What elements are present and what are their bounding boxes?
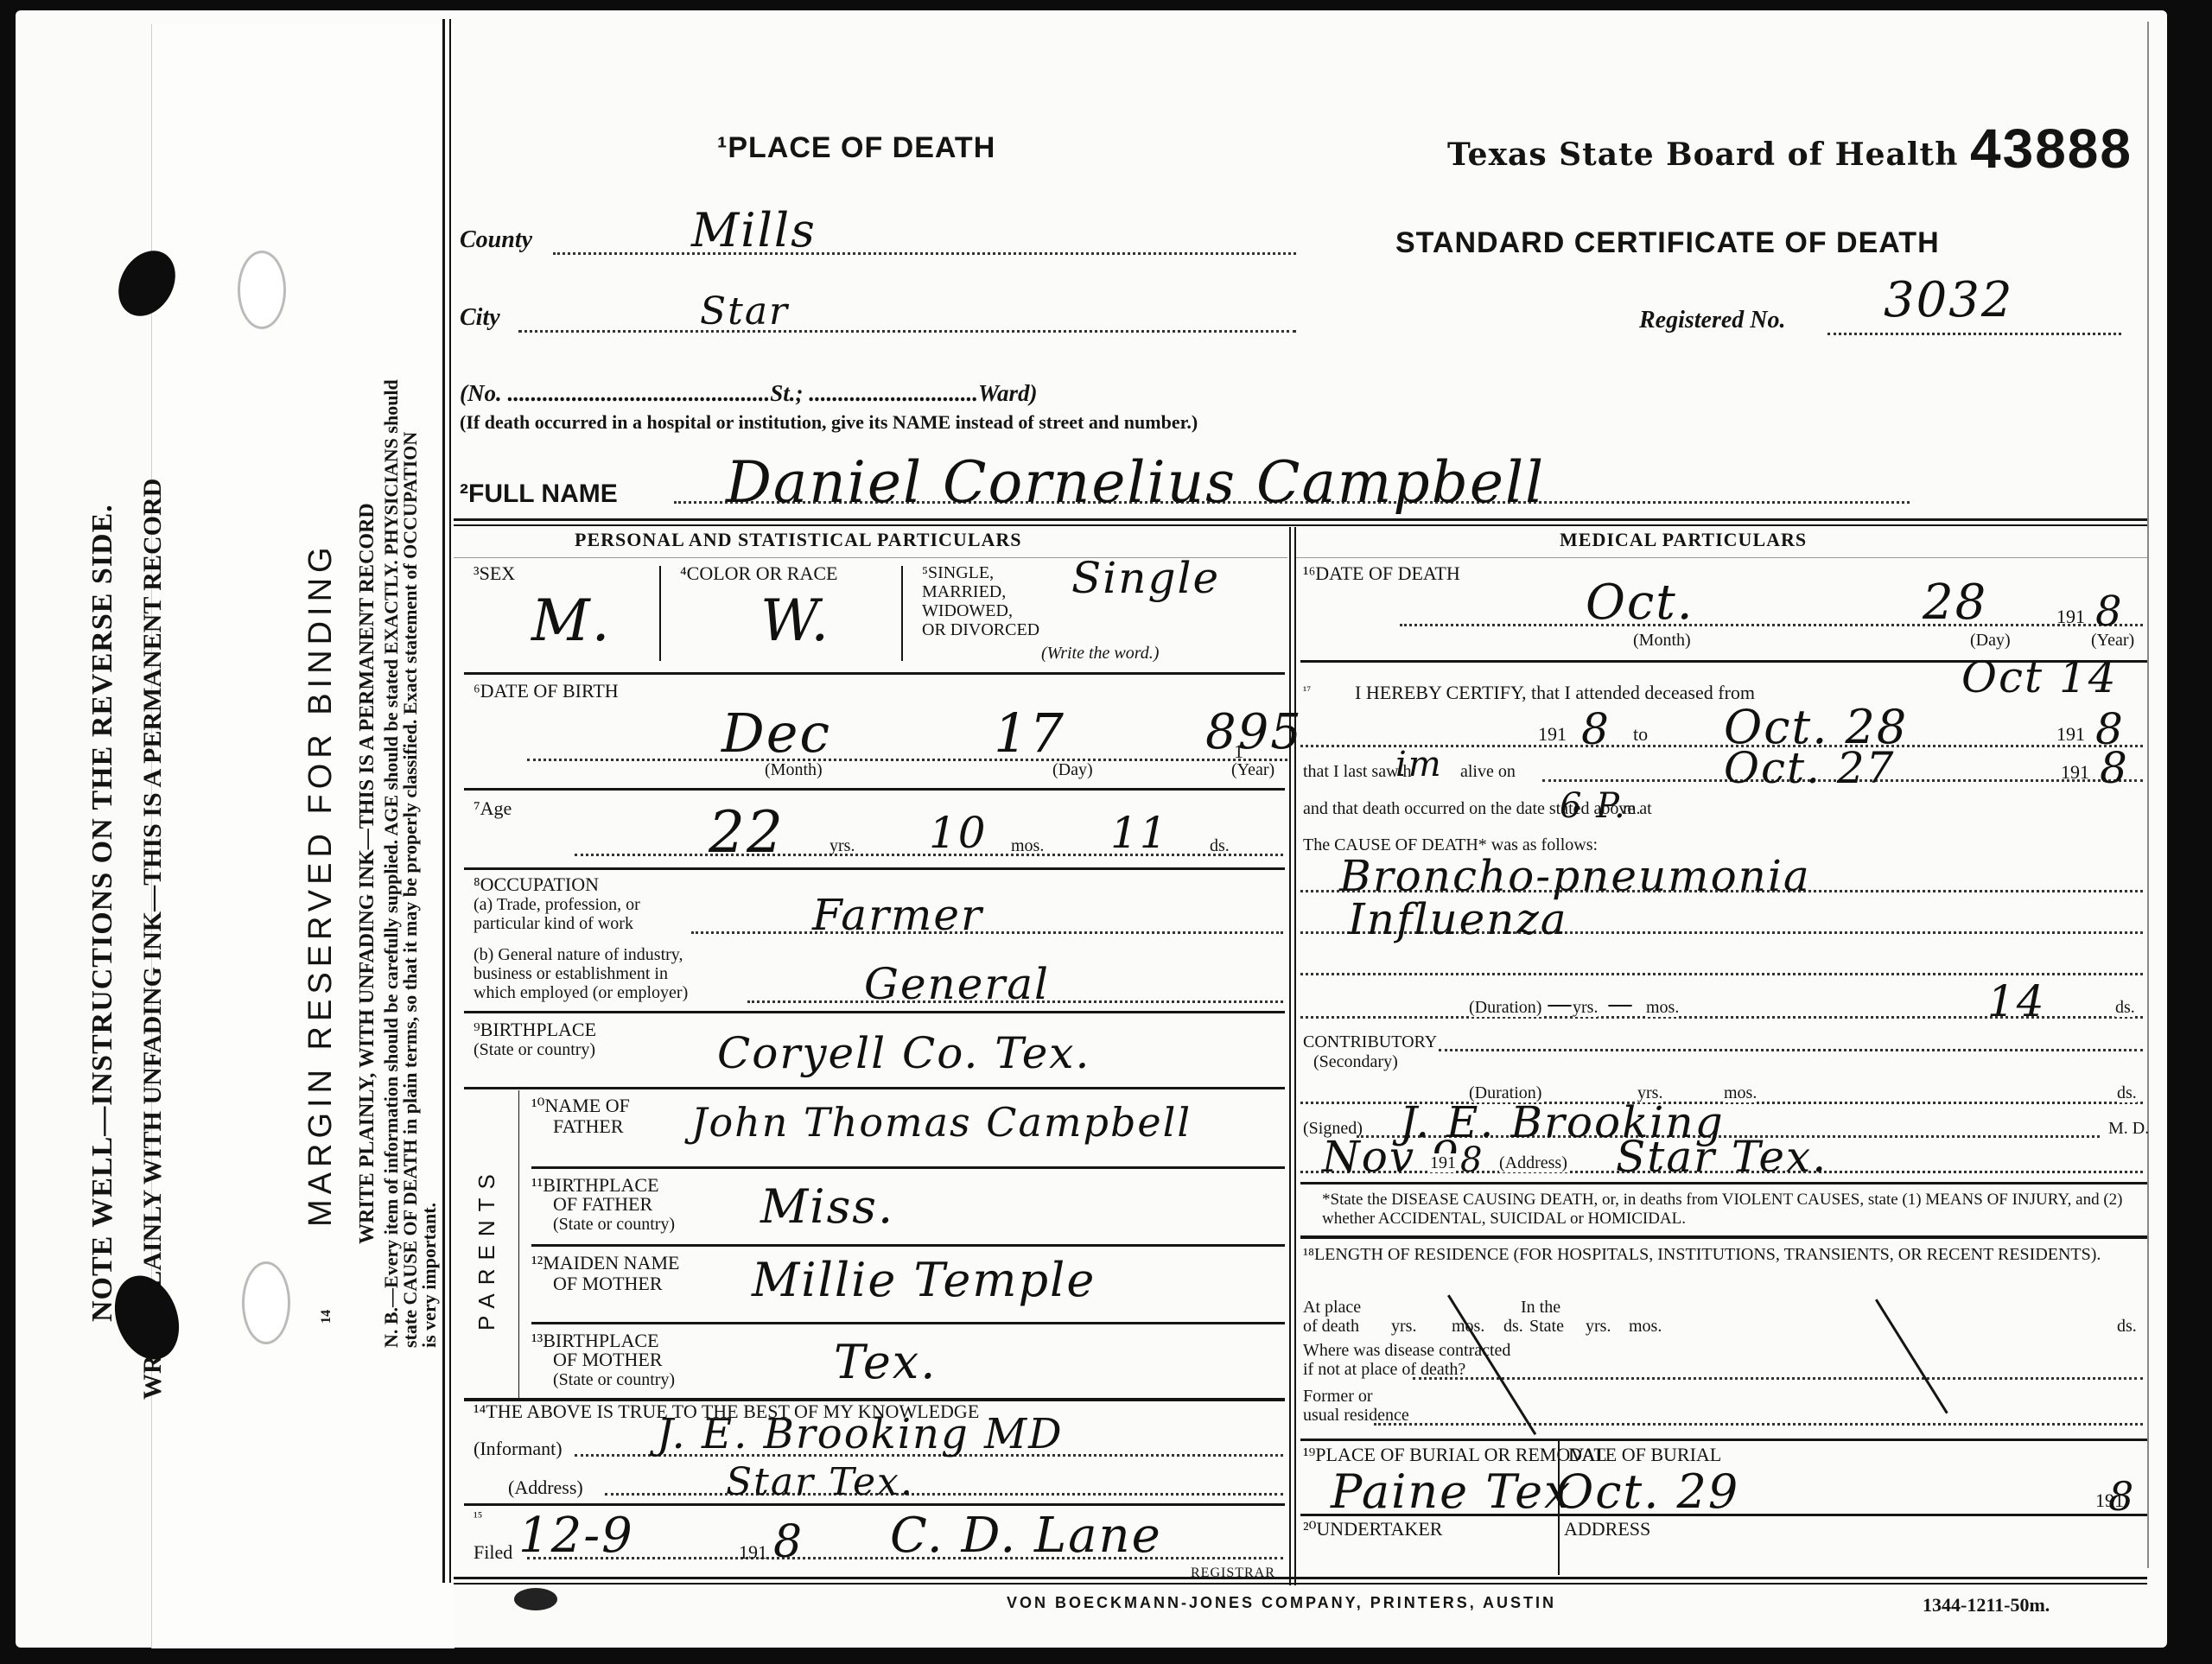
occupation-b-3: which employed (or employer) [474,983,688,1002]
duration-yrs: — [1547,989,1574,1019]
column-divider-2 [1294,527,1296,1585]
birthplace-value: Coryell Co. Tex. [717,1028,1090,1078]
board-name: Texas State Board of Health [1447,137,1958,173]
filed-date: 12-9 [518,1508,634,1564]
union-label-icon [514,1588,557,1610]
registered-no-label: Registered No. [1639,307,1786,334]
signed-year: 8 [1460,1140,1484,1180]
burial-place-value: Paine Tex [1331,1464,1573,1519]
former-residence-line [1374,1423,2143,1426]
duration-ds-unit: ds. [2115,998,2135,1017]
county-value: Mills [691,203,817,257]
dod-year-prefix: 191 [2056,607,2085,627]
at-place-label-1: At place [1303,1298,1361,1317]
section-divider [454,518,2147,526]
dod-year: 8 [2095,587,2124,636]
in-state-label-2: State [1529,1317,1564,1336]
burial-date-label: DATE OF BURIAL [1568,1445,1721,1465]
sex-label: ³SEX [474,563,515,584]
father-name-label-1: ¹⁰NAME OF [531,1096,630,1116]
dod-month-caption: (Month) [1633,631,1691,650]
dob-year: 895 [1205,704,1303,760]
father-birthplace-2: OF FATHER [553,1194,652,1215]
mother-name-label-2: OF MOTHER [553,1273,663,1294]
burial-place-label: ¹⁹PLACE OF BURIAL OR REMOVAL [1303,1445,1607,1465]
dod-day-caption: (Day) [1970,631,2011,650]
city-line [518,330,1296,333]
occupation-label: ⁸OCCUPATION [474,874,599,895]
attended-from: Oct 14 [1961,652,2118,702]
filed-year-prefix: 191 [739,1542,767,1563]
certify-text: I HEREBY CERTIFY, that I attended deceas… [1355,683,1755,703]
attended-from-year-prefix: 191 [1538,724,1567,745]
dob-year-caption: (Year) [1231,760,1274,779]
printer-credit: VON BOECKMANN-JONES COMPANY, PRINTERS, A… [1007,1594,1556,1612]
registered-no-value: 3032 [1884,272,2014,328]
alive-on-text: alive on [1460,762,1516,781]
cause-line-3 [1300,973,2143,975]
signed-address-value: Star Tex. [1616,1132,1827,1182]
occupation-b-2: business or establishment in [474,964,668,983]
marital-value: Single [1071,553,1220,603]
age-days: 11 [1110,808,1169,858]
father-birthplace-3: (State or country) [553,1215,675,1234]
age-ds-unit: ds. [1210,836,1230,855]
filed-num: ¹⁵ [474,1508,482,1527]
father-name-value: John Thomas Campbell [691,1099,1192,1146]
informant-address-line [605,1493,1283,1496]
duration-mos-unit: mos. [1646,998,1679,1017]
county-line [553,252,1296,255]
occupation-a-line [691,931,1283,934]
write-plainly-2-text: WRITE PLAINLY, WITH UNFADING INK—THIS IS… [356,503,379,1244]
full-name-value: Daniel Cornelius Campbell [726,449,1545,516]
informant-address-value: Star Tex. [726,1460,914,1504]
last-saw-year-prefix: 191 [2061,762,2089,783]
at-place-label-2: of death [1303,1317,1359,1336]
father-name-label-2: FATHER [553,1116,624,1137]
occupation-a-value: Farmer [812,890,983,940]
form-border-right [2147,22,2149,1568]
punch-hole-bottom [242,1261,290,1344]
dob-label: ⁶DATE OF BIRTH [474,681,619,702]
registered-no-line [1827,333,2121,335]
last-saw-date: Oct. 27 [1724,743,1896,793]
street-line: (No. ...................................… [460,380,1038,407]
contracted-label-2: if not at place of death? [1303,1360,1465,1379]
informant-label: (Informant) [474,1439,563,1459]
marital-label-4: OR DIVORCED [922,620,1039,639]
dod-line [1400,624,2143,626]
form-number: 1344-1211-50m. [1923,1594,2050,1616]
cause-line-2-value: Influenza [1348,894,1568,944]
filed-label: Filed [474,1542,512,1563]
personal-section-title: PERSONAL AND STATISTICAL PARTICULARS [575,529,1022,551]
duration-days: 14 [1987,976,2046,1026]
undertaker-label: ²⁰UNDERTAKER [1303,1519,1442,1540]
attended-to-year-prefix: 191 [2056,724,2085,745]
punch-hole-top [238,251,286,329]
birthplace-label: ⁹BIRTHPLACE [474,1019,596,1040]
attended-from-year: 8 [1581,704,1611,754]
city-label: City [460,304,500,332]
mother-birthplace-2: OF MOTHER [553,1350,663,1370]
former-residence-2: usual residence [1303,1406,1409,1425]
full-name-label: ²FULL NAME [460,480,618,509]
contributory-line [1439,1049,2143,1051]
in-state-label-1: In the [1521,1298,1560,1317]
dob-day: 17 [994,702,1065,765]
occupation-b-1: (b) General nature of industry, [474,945,683,964]
mother-name-value: Millie Temple [752,1253,1096,1307]
last-saw-pronoun: im [1395,745,1443,784]
md-label: M. D. [2108,1119,2149,1138]
certificate-number: 43888 [1970,117,2133,181]
signed-address-label: (Address) [1499,1153,1567,1172]
marital-label-1: ⁵SINGLE, [922,563,994,582]
registrar-signature: C. D. Lane [890,1508,1162,1564]
dob-month: Dec [721,702,831,765]
former-residence-1: Former or [1303,1387,1373,1406]
nb-line-3: is very important. [418,1203,441,1348]
birthplace-sub: (State or country) [474,1040,595,1059]
county-label: County [460,226,532,254]
hospital-note: (If death occurred in a hospital or inst… [460,411,1198,434]
duration-label: (Duration) [1469,998,1541,1017]
parents-label: PARENTS [474,1165,500,1331]
city-value: Star [700,289,789,333]
dod-day: 28 [1923,575,1987,631]
age-years: 22 [709,799,785,866]
dod-year-caption: (Year) [2091,631,2134,650]
race-label: ⁴COLOR OR RACE [680,563,837,584]
note-well-text: NOTE WELL—INSTRUCTIONS ON THE REVERSE SI… [86,504,119,1322]
dob-line [527,759,1287,761]
age-mos-unit: mos. [1011,836,1044,855]
duration-mos: — [1607,989,1635,1019]
certify-num: ¹⁷ [1303,683,1311,702]
death-time-value: 6 P. [1560,786,1627,826]
dod-month: Oct. [1586,575,1694,631]
at-place-yrs: yrs. [1391,1317,1416,1336]
column-divider [1289,527,1291,1585]
to-label: to [1633,724,1648,745]
dod-label: ¹⁶DATE OF DEATH [1303,563,1460,584]
marital-label-3: WIDOWED, [922,601,1013,620]
in-state-mos: mos. [1629,1317,1662,1336]
race-value: W. [760,587,830,654]
last-saw-year: 8 [2100,743,2129,793]
signed-year-prefix: 191 [1430,1153,1456,1172]
place-of-death-title: ¹PLACE OF DEATH [717,131,995,165]
at-place-ds: ds. [1503,1317,1523,1336]
residence-label: ¹⁸LENGTH OF RESIDENCE (FOR HOSPITALS, IN… [1303,1244,2145,1265]
dob-day-caption: (Day) [1052,760,1093,779]
form-border-left [442,19,445,1583]
duration-yrs-unit: yrs. [1573,998,1598,1017]
write-plainly-top-text: WRITE PLAINLY WITH UNFADING INK—THIS IS … [138,479,168,1400]
certificate-title: STANDARD CERTIFICATE OF DEATH [1395,226,1940,260]
marital-label-2: MARRIED, [922,582,1006,601]
dob-month-caption: (Month) [765,760,823,779]
age-months: 10 [929,808,988,858]
contributory-mos-unit: mos. [1724,1083,1757,1102]
age-yrs-unit: yrs. [829,836,855,855]
filed-year: 8 [773,1516,804,1568]
cause-footnote: *State the DISEASE CAUSING DEATH, or, in… [1322,1191,2143,1229]
in-state-yrs: yrs. [1586,1317,1611,1336]
sex-value: M. [531,587,612,654]
form-border-left-inner [449,19,451,1583]
death-time-suffix: m. [1623,799,1641,818]
secondary-label: (Secondary) [1313,1052,1398,1071]
mother-name-label-1: ¹²MAIDEN NAME [531,1253,679,1273]
mother-birthplace-value: Tex. [834,1335,937,1389]
informant-value: J. E. Brooking MD [657,1410,1064,1458]
undertaker-address-label: ADDRESS [1564,1519,1650,1540]
marital-hint: (Write the word.) [1041,644,1159,663]
occupation-a-2: particular kind of work [474,914,633,933]
informant-address-label: (Address) [508,1477,583,1498]
hole-number: 14 [319,1310,334,1324]
burial-year: 8 [2108,1473,2135,1520]
medical-section-title: MEDICAL PARTICULARS [1560,529,1807,551]
father-birthplace-value: Miss. [760,1179,894,1234]
occupation-a-1: (a) Trade, profession, or [474,895,640,914]
occupation-b-value: General [864,959,1050,1009]
age-label: ⁷Age [474,798,512,819]
contributory-ds-unit: ds. [2117,1083,2137,1102]
footer-divider [454,1577,2147,1585]
mother-birthplace-3: (State or country) [553,1370,675,1389]
margin-reserved-text: MARGIN RESERVED FOR BINDING [302,542,340,1227]
in-state-ds: ds. [2117,1317,2137,1336]
contracted-line [1413,1377,2143,1380]
contributory-label: CONTRIBUTORY [1303,1032,1437,1051]
burial-date-value: Oct. 29 [1555,1464,1739,1519]
